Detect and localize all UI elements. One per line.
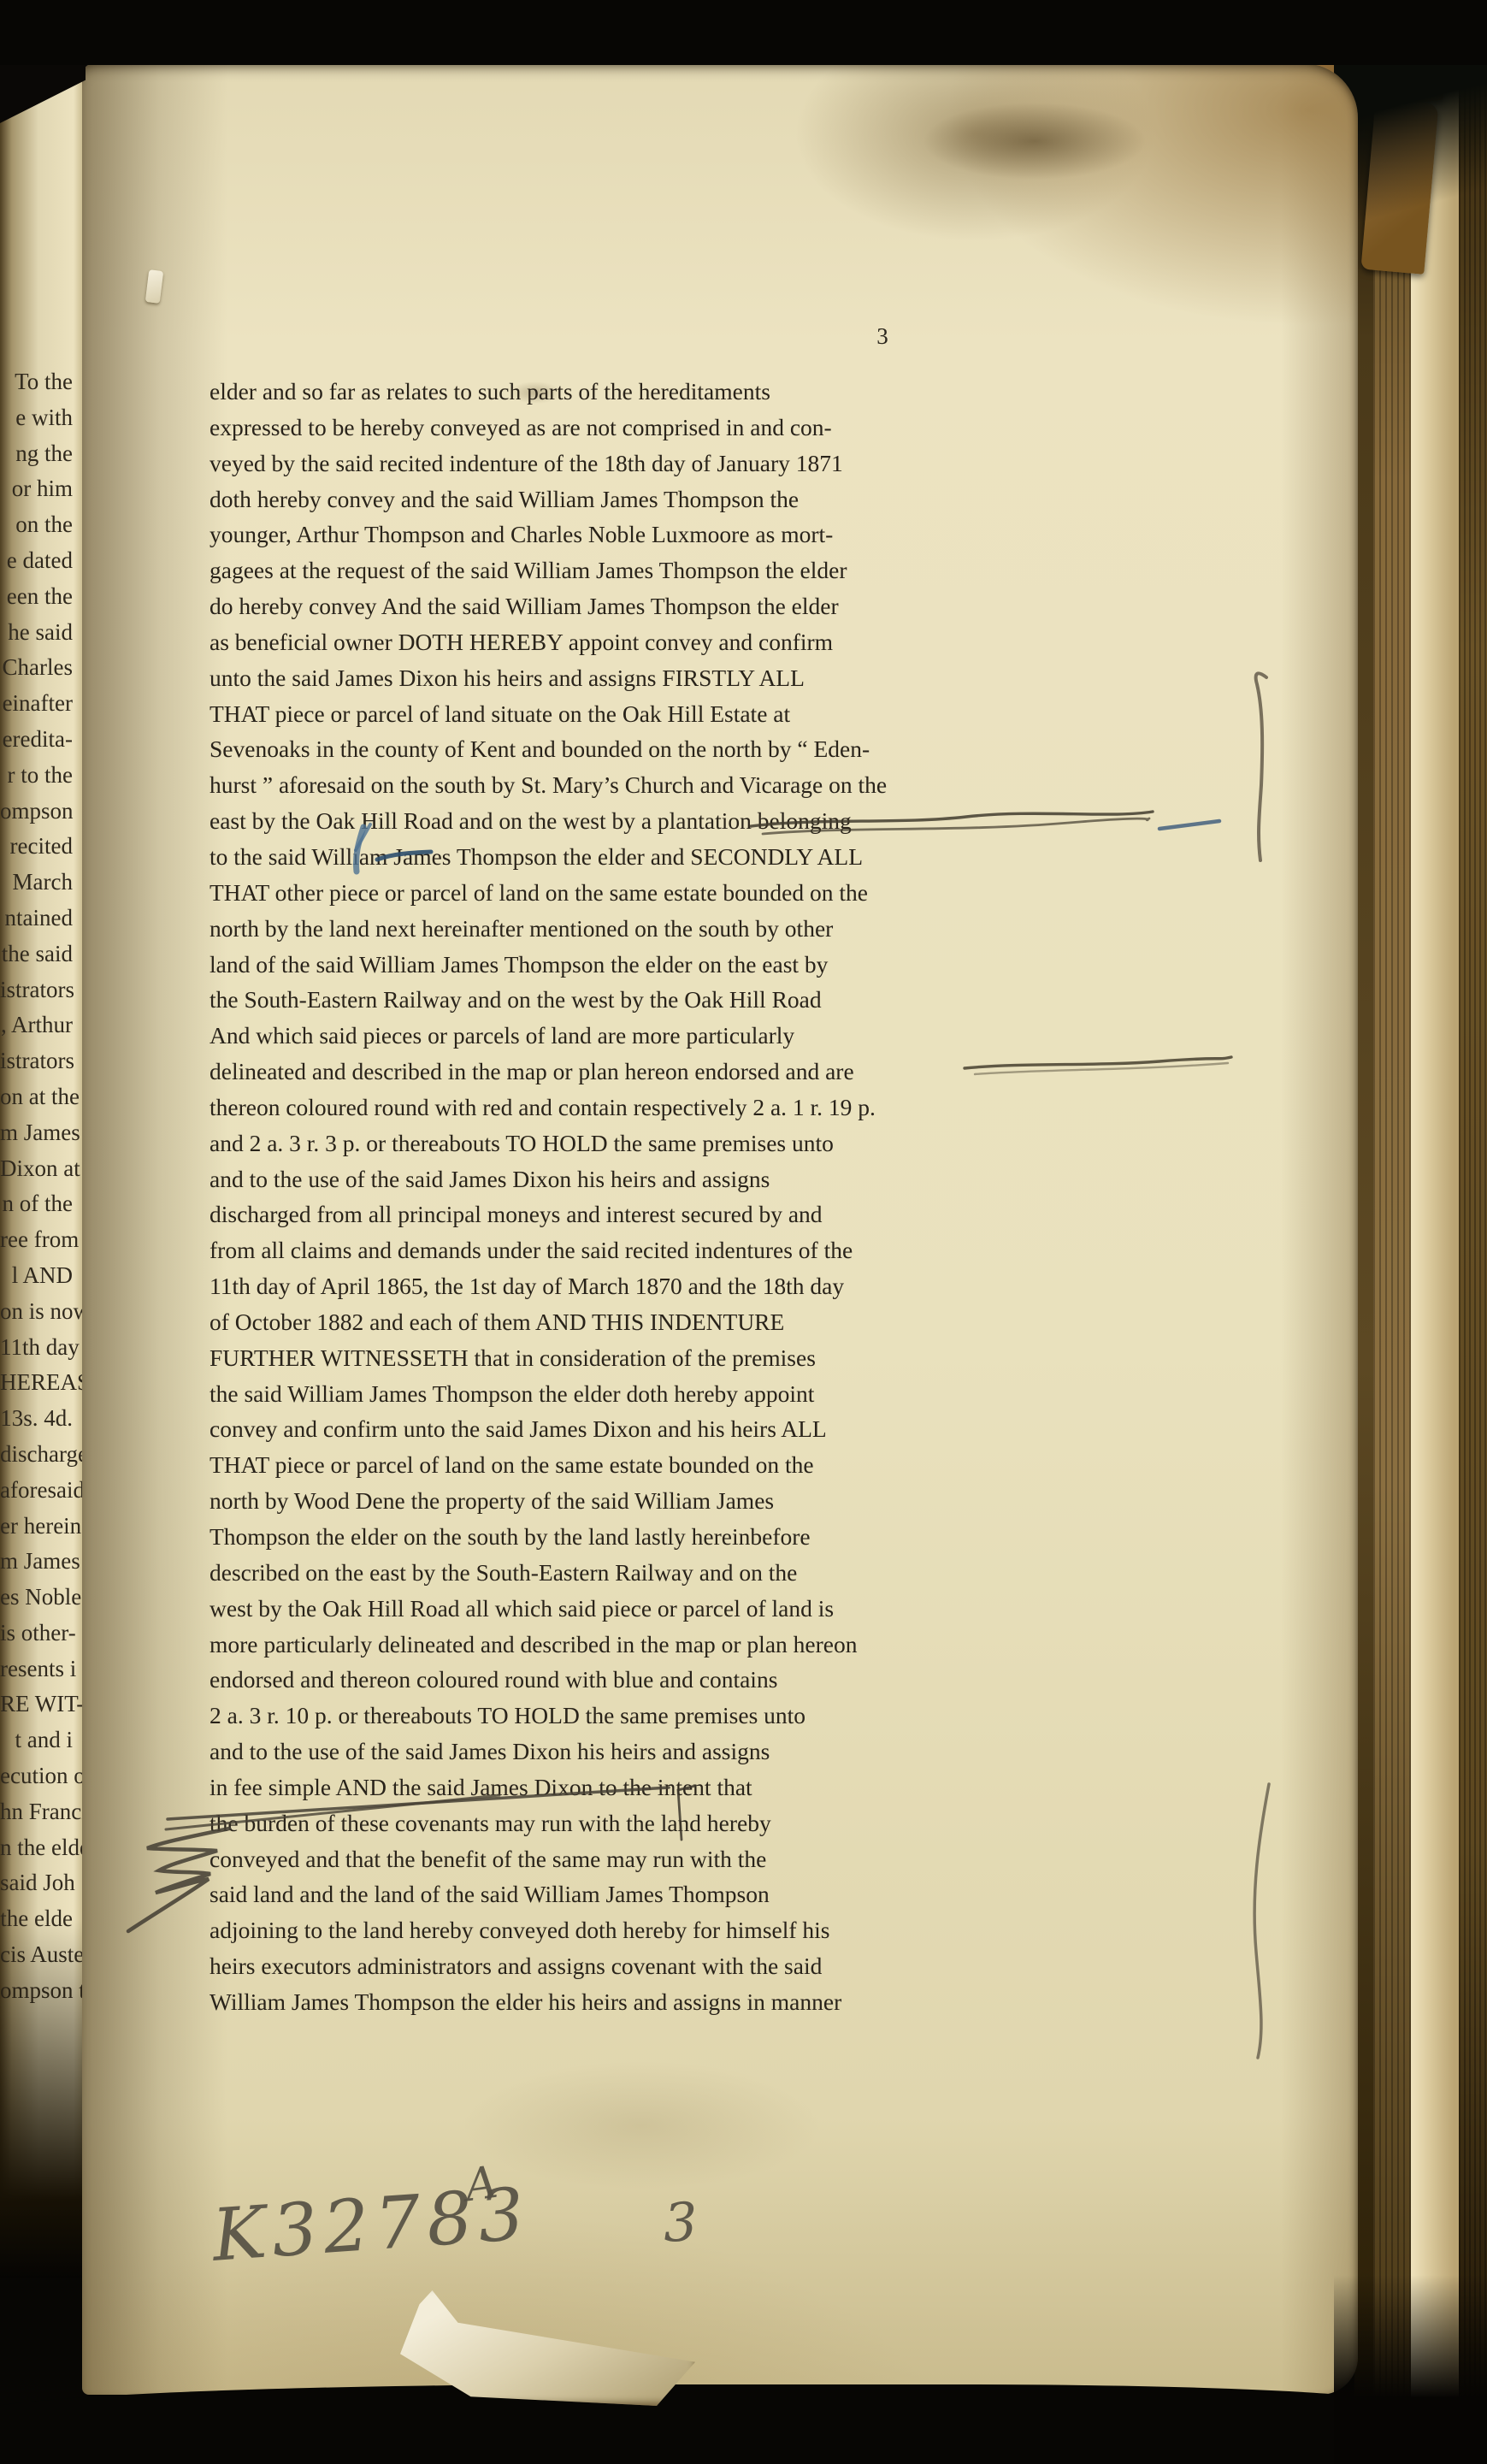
- text-line: hurst ” aforesaid on the south by St. Ma…: [209, 767, 1240, 803]
- margin-fragment: ntained: [0, 901, 79, 937]
- text-line: to the said William James Thompson the e…: [209, 839, 1240, 875]
- text-line: in fee simple AND the said James Dixon t…: [209, 1770, 1240, 1805]
- margin-fragment: on at the: [0, 1079, 79, 1115]
- margin-fragment: m James: [0, 1544, 79, 1580]
- text-line: the said William James Thompson the elde…: [209, 1376, 1240, 1412]
- text-line: adjoining to the land hereby conveyed do…: [209, 1912, 1240, 1948]
- printed-page-number: 3: [857, 323, 908, 350]
- margin-fragment: recited: [0, 829, 79, 865]
- margin-fragment: m James: [0, 1115, 79, 1151]
- text-line: land of the said William James Thompson …: [209, 947, 1240, 983]
- text-line: 2 a. 3 r. 10 p. or thereabouts TO HOLD t…: [209, 1698, 1240, 1734]
- handwritten-shelfmark-suffix: A: [462, 2157, 501, 2213]
- gutter-shadow: [0, 1919, 86, 2278]
- margin-fragment: 13s. 4d.: [0, 1401, 79, 1437]
- margin-fragment: e dated: [0, 543, 79, 579]
- photo-black-border-top: [0, 0, 1487, 65]
- margin-fragment: er herein-: [0, 1509, 79, 1545]
- margin-fragment: To the: [0, 364, 79, 400]
- margin-fragment: , Arthur: [0, 1007, 79, 1043]
- paper-stain: [462, 2061, 821, 2189]
- page-stack-edge: [1373, 51, 1411, 2437]
- text-line: north by Wood Dene the property of the s…: [209, 1483, 1240, 1519]
- text-line: described on the east by the South-Easte…: [209, 1555, 1240, 1591]
- text-line: Thompson the elder on the south by the l…: [209, 1519, 1240, 1555]
- indenture-text-block: elder and so far as relates to such part…: [209, 374, 1240, 2020]
- page-stack-edge: [1459, 51, 1487, 2437]
- margin-fragment: n the elde: [0, 1830, 79, 1866]
- text-line: and 2 a. 3 r. 3 p. or thereabouts TO HOL…: [209, 1126, 1240, 1161]
- margin-fragment: on is now: [0, 1294, 79, 1330]
- margin-fragment: Charles: [0, 650, 79, 686]
- text-line: from all claims and demands under the sa…: [209, 1232, 1240, 1268]
- margin-fragment: einafter: [0, 686, 79, 722]
- facing-page-edge: To thee withng theor himon thee datedeen…: [0, 55, 86, 2278]
- margin-fragment: he said: [0, 615, 79, 651]
- margin-fragment: Dixon at: [0, 1151, 79, 1187]
- margin-fragment: is other-: [0, 1616, 79, 1652]
- text-line: elder and so far as relates to such part…: [209, 374, 1240, 410]
- margin-fragment: r to the: [0, 758, 79, 794]
- text-line: said land and the land of the said Willi…: [209, 1876, 1240, 1912]
- margin-fragment: the said: [0, 937, 79, 972]
- text-line: younger, Arthur Thompson and Charles Nob…: [209, 517, 1240, 552]
- margin-fragment: RE WIT-: [0, 1687, 79, 1722]
- paper-chip: [145, 269, 164, 304]
- text-line: conveyed and that the benefit of the sam…: [209, 1841, 1240, 1877]
- text-line: gagees at the request of the said Willia…: [209, 552, 1240, 588]
- handwritten-folio-number: 3: [663, 2190, 699, 2254]
- margin-fragment: on the: [0, 507, 79, 543]
- facing-page-text-fragments: To thee withng theor himon thee datedeen…: [0, 364, 79, 2009]
- margin-fragment: March: [0, 865, 79, 901]
- text-line: doth hereby convey and the said William …: [209, 482, 1240, 517]
- text-line: endorsed and thereon coloured round with…: [209, 1662, 1240, 1698]
- margin-fragment: istrators: [0, 1043, 79, 1079]
- margin-fragment: ompson: [0, 794, 79, 830]
- margin-fragment: resents i: [0, 1652, 79, 1687]
- text-line: THAT other piece or parcel of land on th…: [209, 875, 1240, 911]
- paper-stain: [923, 103, 1146, 180]
- margin-fragment: l AND: [0, 1258, 79, 1294]
- margin-fragment: n of the: [0, 1186, 79, 1222]
- text-line: FURTHER WITNESSETH that in consideration…: [209, 1340, 1240, 1376]
- margin-fragment: t and i: [0, 1722, 79, 1758]
- text-line: more particularly delineated and describ…: [209, 1627, 1240, 1663]
- text-line: and to the use of the said James Dixon h…: [209, 1734, 1240, 1770]
- text-line: And which said pieces or parcels of land…: [209, 1018, 1240, 1054]
- text-line: expressed to be hereby conveyed as are n…: [209, 410, 1240, 446]
- margin-fragment: ng the: [0, 436, 79, 472]
- text-line: and to the use of the said James Dixon h…: [209, 1161, 1240, 1197]
- margin-fragment: aforesaid: [0, 1473, 79, 1509]
- text-line: Sevenoaks in the county of Kent and boun…: [209, 731, 1240, 767]
- text-line: east by the Oak Hill Road and on the wes…: [209, 803, 1240, 839]
- margin-fragment: es Noble: [0, 1580, 79, 1616]
- text-line: as beneficial owner DOTH HEREBY appoint …: [209, 624, 1240, 660]
- page-stack-edge: [1411, 51, 1459, 2437]
- margin-fragment: discharge: [0, 1437, 79, 1473]
- text-line: heirs executors administrators and assig…: [209, 1948, 1240, 1984]
- text-line: 11th day of April 1865, the 1st day of M…: [209, 1268, 1240, 1304]
- text-line: of October 1882 and each of them AND THI…: [209, 1304, 1240, 1340]
- margin-fragment: HEREAS: [0, 1365, 79, 1401]
- text-line: thereon coloured round with red and cont…: [209, 1090, 1240, 1126]
- margin-fragment: e with: [0, 400, 79, 436]
- text-line: convey and confirm unto the said James D…: [209, 1411, 1240, 1447]
- text-line: the South-Eastern Railway and on the wes…: [209, 982, 1240, 1018]
- margin-fragment: 11th day: [0, 1330, 79, 1366]
- photo-black-border-bottom: [0, 2384, 1385, 2464]
- text-line: west by the Oak Hill Road all which said…: [209, 1591, 1240, 1627]
- margin-fragment: eredita-: [0, 722, 79, 758]
- margin-fragment: hn Franci: [0, 1794, 79, 1830]
- margin-fragment: said Joh: [0, 1865, 79, 1901]
- text-line: unto the said James Dixon his heirs and …: [209, 660, 1240, 696]
- text-line: north by the land next hereinafter menti…: [209, 911, 1240, 947]
- text-line: William James Thompson the elder his hei…: [209, 1984, 1240, 2020]
- margin-fragment: or him: [0, 471, 79, 507]
- margin-fragment: ecution o: [0, 1758, 79, 1794]
- margin-fragment: istrators: [0, 972, 79, 1008]
- text-line: THAT piece or parcel of land situate on …: [209, 696, 1240, 732]
- stack-shadow-bottom: [1334, 2275, 1487, 2464]
- text-line: delineated and described in the map or p…: [209, 1054, 1240, 1090]
- margin-fragment: ree from: [0, 1222, 79, 1258]
- text-line: discharged from all principal moneys and…: [209, 1197, 1240, 1232]
- text-line: THAT piece or parcel of land on the same…: [209, 1447, 1240, 1483]
- margin-fragment: een the: [0, 579, 79, 615]
- text-line: do hereby convey And the said William Ja…: [209, 588, 1240, 624]
- text-line: veyed by the said recited indenture of t…: [209, 446, 1240, 482]
- text-line: the burden of these covenants may run wi…: [209, 1805, 1240, 1841]
